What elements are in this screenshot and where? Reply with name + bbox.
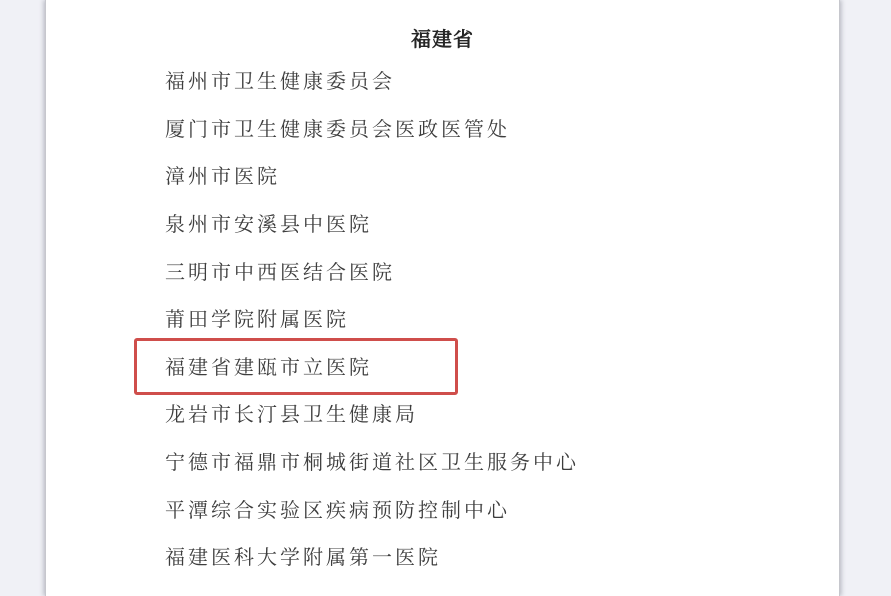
list-item: 福州市卫生健康委员会 <box>46 56 839 104</box>
list-item: 平潭综合实验区疾病预防控制中心 <box>46 484 839 532</box>
document-page: 福建省 福州市卫生健康委员会 厦门市卫生健康委员会医政医管处 漳州市医院 泉州市… <box>45 0 840 596</box>
list-item: 宁德市福鼎市桐城街道社区卫生服务中心 <box>46 437 839 485</box>
list-item: 福建医科大学附属第一医院 <box>46 532 839 580</box>
list-item: 三明市中西医结合医院 <box>46 246 839 294</box>
list-item: 龙岩市长汀县卫生健康局 <box>46 389 839 437</box>
institution-list: 福州市卫生健康委员会 厦门市卫生健康委员会医政医管处 漳州市医院 泉州市安溪县中… <box>46 56 839 580</box>
list-item: 莆田学院附属医院 <box>46 294 839 342</box>
list-item: 厦门市卫生健康委员会医政医管处 <box>46 104 839 152</box>
list-item: 泉州市安溪县中医院 <box>46 199 839 247</box>
list-item-highlighted: 福建省建瓯市立医院 <box>46 342 839 390</box>
document-viewer: 福建省 福州市卫生健康委员会 厦门市卫生健康委员会医政医管处 漳州市医院 泉州市… <box>0 0 891 596</box>
list-item: 漳州市医院 <box>46 151 839 199</box>
page-title: 福建省 <box>46 27 839 53</box>
